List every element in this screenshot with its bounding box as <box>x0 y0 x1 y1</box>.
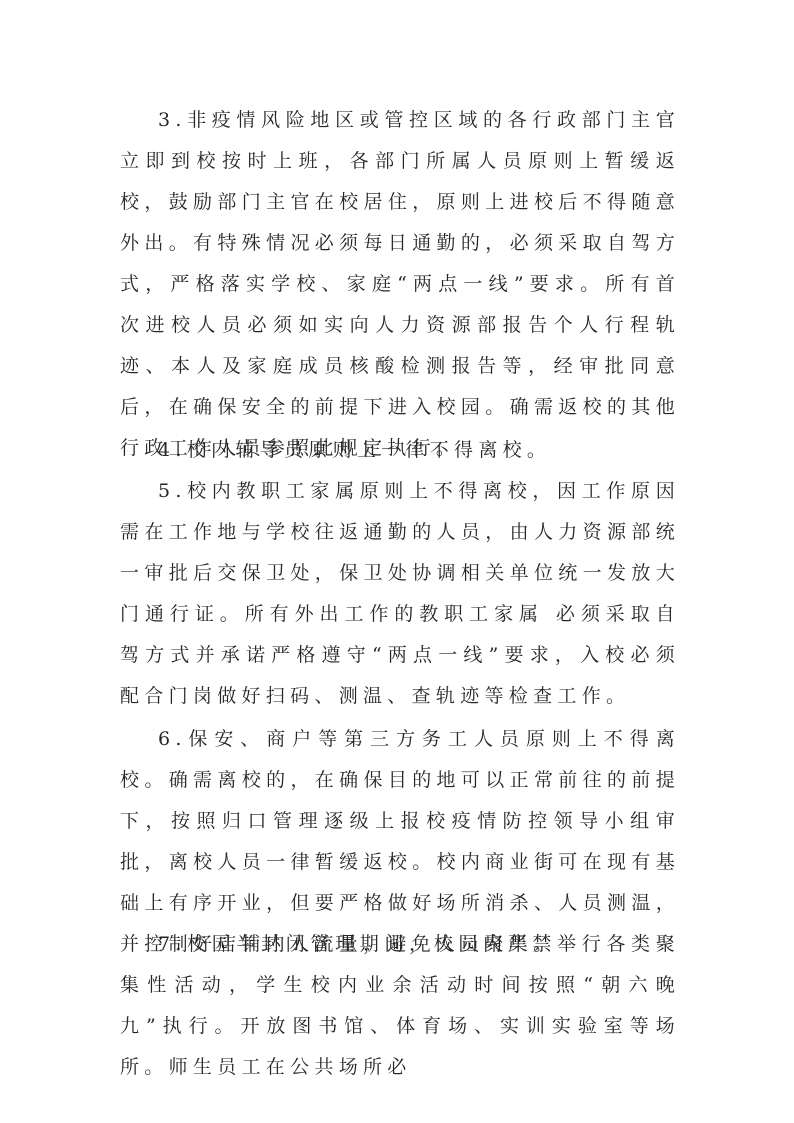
paragraph-item-4: 4.校内辅导员原则上一律不得离校。 <box>120 430 680 471</box>
document-page: 3.非疫情风险地区或管控区域的各行政部门主官立即到校按时上班，各部门所属人员原则… <box>0 0 794 1123</box>
paragraph-item-7: 7.校园半封闭管理期间，校园内严禁举行各类聚集性活动，学生校内业余活动时间按照“… <box>120 924 680 1088</box>
paragraph-item-5: 5.校内教职工家属原则上不得离校，因工作原因需在工作地与学校往返通勤的人员，由人… <box>120 471 680 717</box>
paragraph-item-3: 3.非疫情风险地区或管控区域的各行政部门主官立即到校按时上班，各部门所属人员原则… <box>120 100 680 469</box>
